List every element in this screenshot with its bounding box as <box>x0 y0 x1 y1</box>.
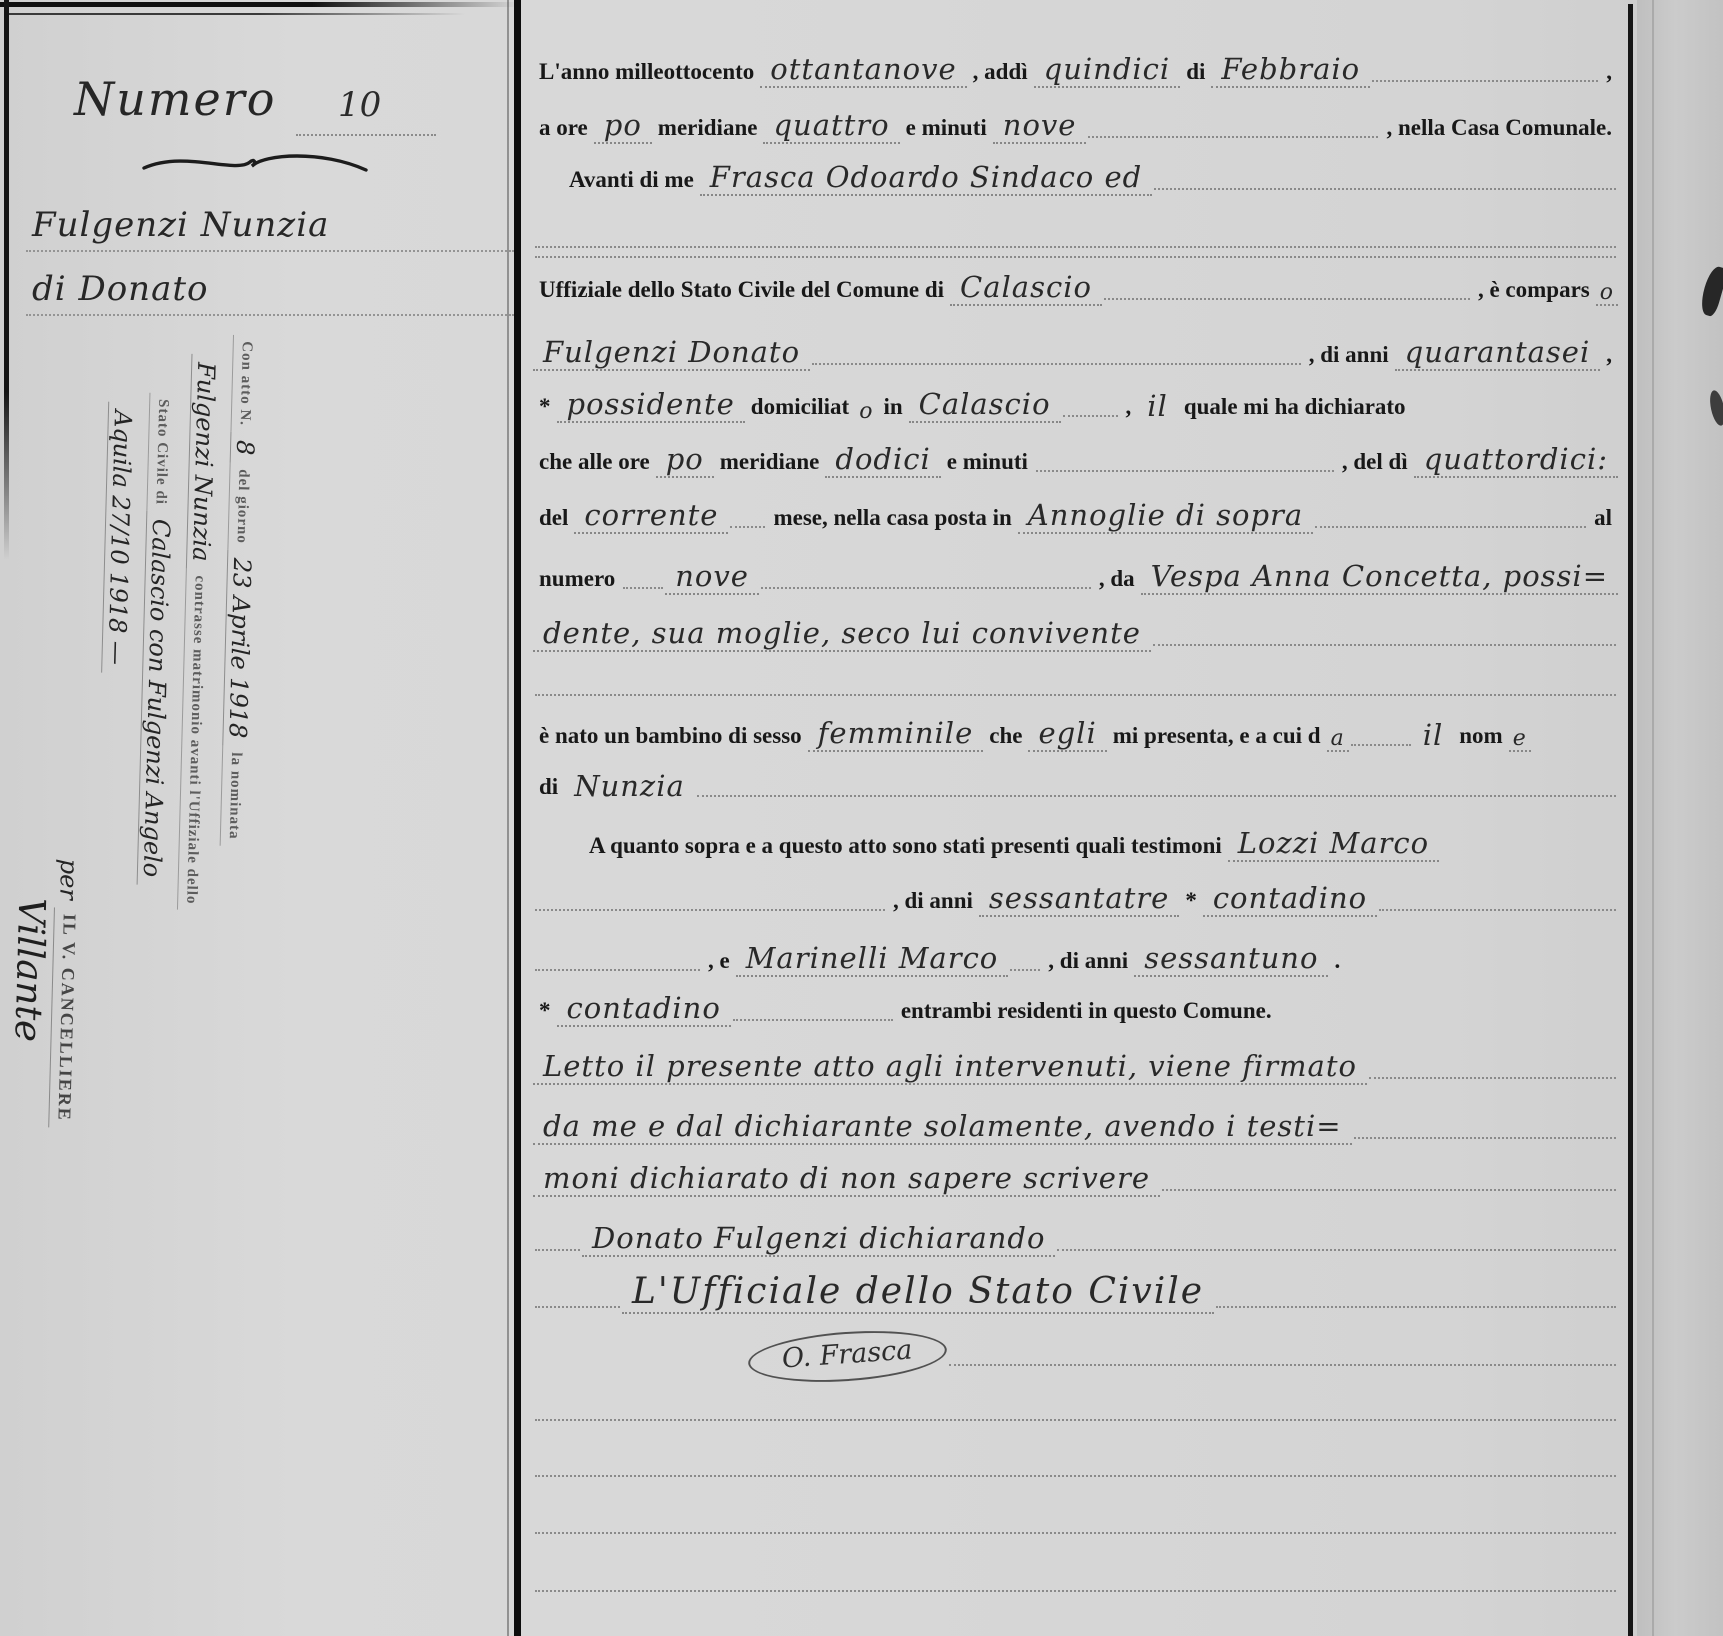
printed-form-text: * <box>1179 889 1203 917</box>
stamped-text: la nominata <box>220 746 245 846</box>
printed-form-text: , è compars <box>1472 278 1596 306</box>
printed-form-text: A quanto sopra e a questo atto sono stat… <box>583 834 1228 862</box>
printed-form-text: , addì <box>967 60 1034 88</box>
form-line-26 <box>533 1381 1618 1427</box>
handwritten-entry: il <box>1413 721 1454 752</box>
handwritten-entry: Frasca Odoardo Sindaco ed <box>700 163 1152 196</box>
dotted-rule <box>535 1530 1616 1534</box>
handwritten-letter: o <box>1596 282 1618 306</box>
dotted-rule <box>1088 134 1378 138</box>
handwritten-letter: e <box>1509 728 1531 752</box>
form-line-9: che alle orepomeridianedodicie minuti, d… <box>533 432 1618 478</box>
cancelliere-stamp: IL V. CANCELLIERE <box>48 907 79 1128</box>
printed-form-text: che alle ore <box>533 450 656 478</box>
printed-form-text: del <box>533 506 574 534</box>
printed-form-text: . <box>1328 949 1346 977</box>
printed-form-text: Avanti di me <box>563 168 700 196</box>
printed-form-text: a ore <box>533 116 594 144</box>
handwritten-entry: contadino <box>557 994 731 1027</box>
margin-handwriting: 8 <box>230 432 258 464</box>
form-line-18: , eMarinelli Marco, di annisessantuno. <box>533 931 1618 977</box>
registered-name-line1: Fulgenzi Nunzia <box>26 208 514 252</box>
printed-form-text: di <box>533 775 564 803</box>
printed-form-text: * <box>533 999 557 1027</box>
printed-form-text: L'anno milleottocento <box>533 60 760 88</box>
dotted-rule <box>1036 468 1334 472</box>
form-line-20: Letto il presente atto agli intervenuti,… <box>533 1039 1618 1085</box>
stamped-text: Con atto N. <box>230 335 255 432</box>
handwritten-entry: nove <box>665 562 759 595</box>
handwritten-entry: Donato Fulgenzi dichiarando <box>582 1224 1055 1257</box>
handwritten-entry: moni dichiarato di non sapere scrivere <box>533 1164 1160 1197</box>
dotted-rule <box>1216 1304 1616 1308</box>
margin-handwriting: per <box>54 850 81 908</box>
handwritten-entry: Nunzia <box>564 772 695 803</box>
numero-value: 10 <box>338 88 381 122</box>
scanned-birth-record: Numero 10 Fulgenzi Nunzia di Donato Con … <box>0 0 1723 1636</box>
handwritten-entry: Marinelli Marco <box>736 944 1009 977</box>
birth-act-form: L'anno milleottocentoottantanove, addìqu… <box>521 0 1628 1636</box>
clerk-signature: Villante <box>9 889 50 1050</box>
numero-underline <box>296 134 436 136</box>
dotted-rule <box>1063 413 1118 417</box>
handwritten-entry: po <box>594 111 652 144</box>
form-line-5 <box>533 218 1618 264</box>
printed-form-text: numero <box>533 567 621 595</box>
handwritten-entry: nove <box>993 111 1087 144</box>
form-line-29 <box>533 1552 1618 1598</box>
handwritten-entry: Letto il presente atto agli intervenuti,… <box>533 1052 1367 1085</box>
handwritten-entry: il <box>1137 392 1178 423</box>
form-line-3: Avanti di meFrasca Odoardo Sindaco ed <box>533 150 1618 196</box>
printed-form-text: mese, nella casa posta in <box>767 506 1017 534</box>
dotted-rule <box>535 254 1616 258</box>
dotted-rule <box>761 585 1091 589</box>
handwritten-entry: Vespa Anna Concetta, possi= <box>1141 562 1618 595</box>
margin-marriage-annotation: Con atto N.8del giorno23 Aprile 1918la n… <box>3 330 274 1286</box>
dotted-rule <box>535 692 1616 696</box>
page-left-edge <box>4 0 9 560</box>
handwritten-entry: contadino <box>1203 884 1377 917</box>
printed-form-text: , da <box>1093 567 1141 595</box>
form-line-22: moni dichiarato di non sapere scrivere <box>533 1151 1618 1197</box>
form-line-16: A quanto sopra e a questo atto sono stat… <box>533 816 1618 862</box>
handwritten-entry: po <box>656 445 714 478</box>
form-line-1: L'anno milleottocentoottantanove, addìqu… <box>533 42 1618 88</box>
printed-form-text: , <box>1120 395 1138 423</box>
handwritten-letter: a <box>1327 728 1349 752</box>
dotted-rule <box>535 1247 580 1251</box>
handwritten-entry: quindici <box>1034 55 1181 88</box>
margin-handwriting: Fulgenzi Nunzia <box>186 354 219 570</box>
column-divider-rule <box>514 0 521 1636</box>
form-line-11: numeronove, daVespa Anna Concetta, possi… <box>533 549 1618 595</box>
flourish-ornament <box>140 146 370 180</box>
margin-handwriting: Aquila 27/10 1918 — <box>101 402 135 674</box>
printed-form-text: entrambi residenti in questo Comune. <box>895 999 1278 1027</box>
form-line-7: Fulgenzi Donato, di anniquarantasei, <box>533 325 1618 371</box>
handwritten-entry: corrente <box>574 501 728 534</box>
printed-form-text: , <box>1600 60 1618 88</box>
dotted-rule <box>1057 1247 1616 1251</box>
handwritten-entry: femminile <box>808 719 984 752</box>
form-line-28 <box>533 1494 1618 1540</box>
printed-form-text: meridiane <box>714 450 826 478</box>
dotted-rule <box>623 585 663 589</box>
form-line-10: delcorrentemese, nella casa posta inAnno… <box>533 488 1618 534</box>
page-fold-line <box>1652 0 1654 1636</box>
form-line-24: L'Ufficiale dello Stato Civile <box>533 1268 1618 1314</box>
printed-form-text: Uffiziale dello Stato Civile del Comune … <box>533 278 950 306</box>
handwritten-title: L'Ufficiale dello Stato Civile <box>622 1274 1214 1314</box>
stamped-text: Stato Civile di <box>146 393 171 511</box>
dotted-rule <box>812 361 1301 365</box>
handwritten-entry: Annoglie di sopra <box>1018 501 1313 534</box>
printed-form-text: mi presenta, e a cui d <box>1107 724 1327 752</box>
handwritten-entry: sessantatre <box>979 884 1179 917</box>
dotted-rule <box>1379 907 1616 911</box>
handwritten-entry: Calascio <box>909 390 1061 423</box>
handwritten-entry: Lozzi Marco <box>1228 829 1439 862</box>
printed-form-text: , nella Casa Comunale. <box>1380 116 1618 144</box>
dotted-rule <box>535 967 700 971</box>
handwritten-entry: quarantasei <box>1395 338 1601 371</box>
form-line-6: Uffiziale dello Stato Civile del Comune … <box>533 260 1618 306</box>
handwritten-entry: quattordici: <box>1414 445 1618 478</box>
handwritten-entry: Febbraio <box>1211 55 1370 88</box>
form-line-19: *contadinoentrambi residenti in questo C… <box>533 981 1618 1027</box>
printed-form-text: , <box>1600 343 1618 371</box>
form-line-21: da me e dal dichiarante solamente, avend… <box>533 1099 1618 1145</box>
page-top-inner-edge <box>6 13 466 15</box>
dotted-rule <box>697 793 1616 797</box>
dotted-rule <box>535 907 885 911</box>
dotted-rule <box>1010 967 1040 971</box>
handwritten-entry: possidente <box>557 390 745 423</box>
printed-form-text: è nato un bambino di sesso <box>533 724 808 752</box>
registered-name-line2: di Donato <box>26 272 514 316</box>
printed-form-text: nom <box>1453 724 1508 752</box>
handwritten-letter: o <box>855 401 877 423</box>
handwritten-entry: da me e dal dichiarante solamente, avend… <box>533 1112 1352 1145</box>
handwritten-entry: egli <box>1028 719 1106 752</box>
printed-form-text: di <box>1180 60 1211 88</box>
printed-form-text: e minuti <box>941 450 1034 478</box>
printed-form-text: , di anni <box>1303 343 1395 371</box>
printed-form-text: che <box>983 724 1028 752</box>
dotted-rule <box>1351 742 1411 746</box>
dotted-rule <box>535 1417 1616 1421</box>
dotted-rule <box>1162 1187 1616 1191</box>
dotted-rule <box>535 1588 1616 1592</box>
handwritten-entry: dente, sua moglie, seco lui convivente <box>533 619 1151 652</box>
handwritten-entry: Fulgenzi Donato <box>533 338 810 371</box>
form-line-17: , di annisessantatre*contadino <box>533 871 1618 917</box>
dotted-rule <box>730 524 765 528</box>
printed-form-text: e minuti <box>900 116 993 144</box>
dotted-rule <box>1315 524 1586 528</box>
printed-form-text: al <box>1588 506 1618 534</box>
dotted-rule <box>1154 186 1616 190</box>
printed-form-text: domiciliat <box>745 395 855 423</box>
handwritten-entry: Calascio <box>950 273 1102 306</box>
form-line-8: *possidentedomiciliatoinCalascio,ilquale… <box>533 377 1618 423</box>
printed-form-text: , di anni <box>1042 949 1134 977</box>
form-line-23: Donato Fulgenzi dichiarando <box>533 1211 1618 1257</box>
handwritten-entry: dodici <box>825 445 940 478</box>
dotted-rule <box>733 1017 893 1021</box>
handwritten-entry: quattro <box>763 111 899 144</box>
handwritten-entry: sessantuno <box>1134 944 1328 977</box>
printed-form-text: , di anni <box>887 889 979 917</box>
printed-form-text: meridiane <box>652 116 764 144</box>
stamped-text: del giorno <box>227 463 252 550</box>
dotted-rule <box>1354 1135 1616 1139</box>
form-line-15: diNunzia <box>533 757 1618 803</box>
dotted-rule <box>949 1362 1616 1366</box>
form-line-27 <box>533 1437 1618 1483</box>
page-right-border <box>1628 4 1633 1636</box>
form-line-12: dente, sua moglie, seco lui convivente <box>533 606 1618 652</box>
printed-form-text: * <box>533 395 557 423</box>
printed-form-text: in <box>877 395 908 423</box>
printed-form-text: quale mi ha dichiarato <box>1178 395 1412 423</box>
printed-form-text: , del dì <box>1336 450 1414 478</box>
dotted-rule <box>535 1473 1616 1477</box>
printed-form-text: , e <box>702 949 736 977</box>
page-top-edge <box>0 2 520 7</box>
dotted-rule <box>535 1304 620 1308</box>
dotted-rule <box>1104 296 1470 300</box>
handwritten-entry: ottantanove <box>760 55 966 88</box>
dotted-rule <box>1153 642 1616 646</box>
dotted-rule <box>1372 78 1598 82</box>
form-line-25: O. Frasca <box>533 1326 1618 1372</box>
dotted-rule <box>1369 1075 1616 1079</box>
page-outer-background <box>1637 0 1723 1636</box>
margin-handwriting: 23 Aprile 1918 <box>222 549 254 746</box>
form-line-14: è nato un bambino di sessofemminilecheeg… <box>533 706 1618 752</box>
numero-label: Numero <box>74 74 276 125</box>
form-line-13 <box>533 656 1618 702</box>
officer-signature: O. Frasca <box>747 1325 948 1388</box>
form-line-2: a orepomeridianequattroe minutinove, nel… <box>533 98 1618 144</box>
